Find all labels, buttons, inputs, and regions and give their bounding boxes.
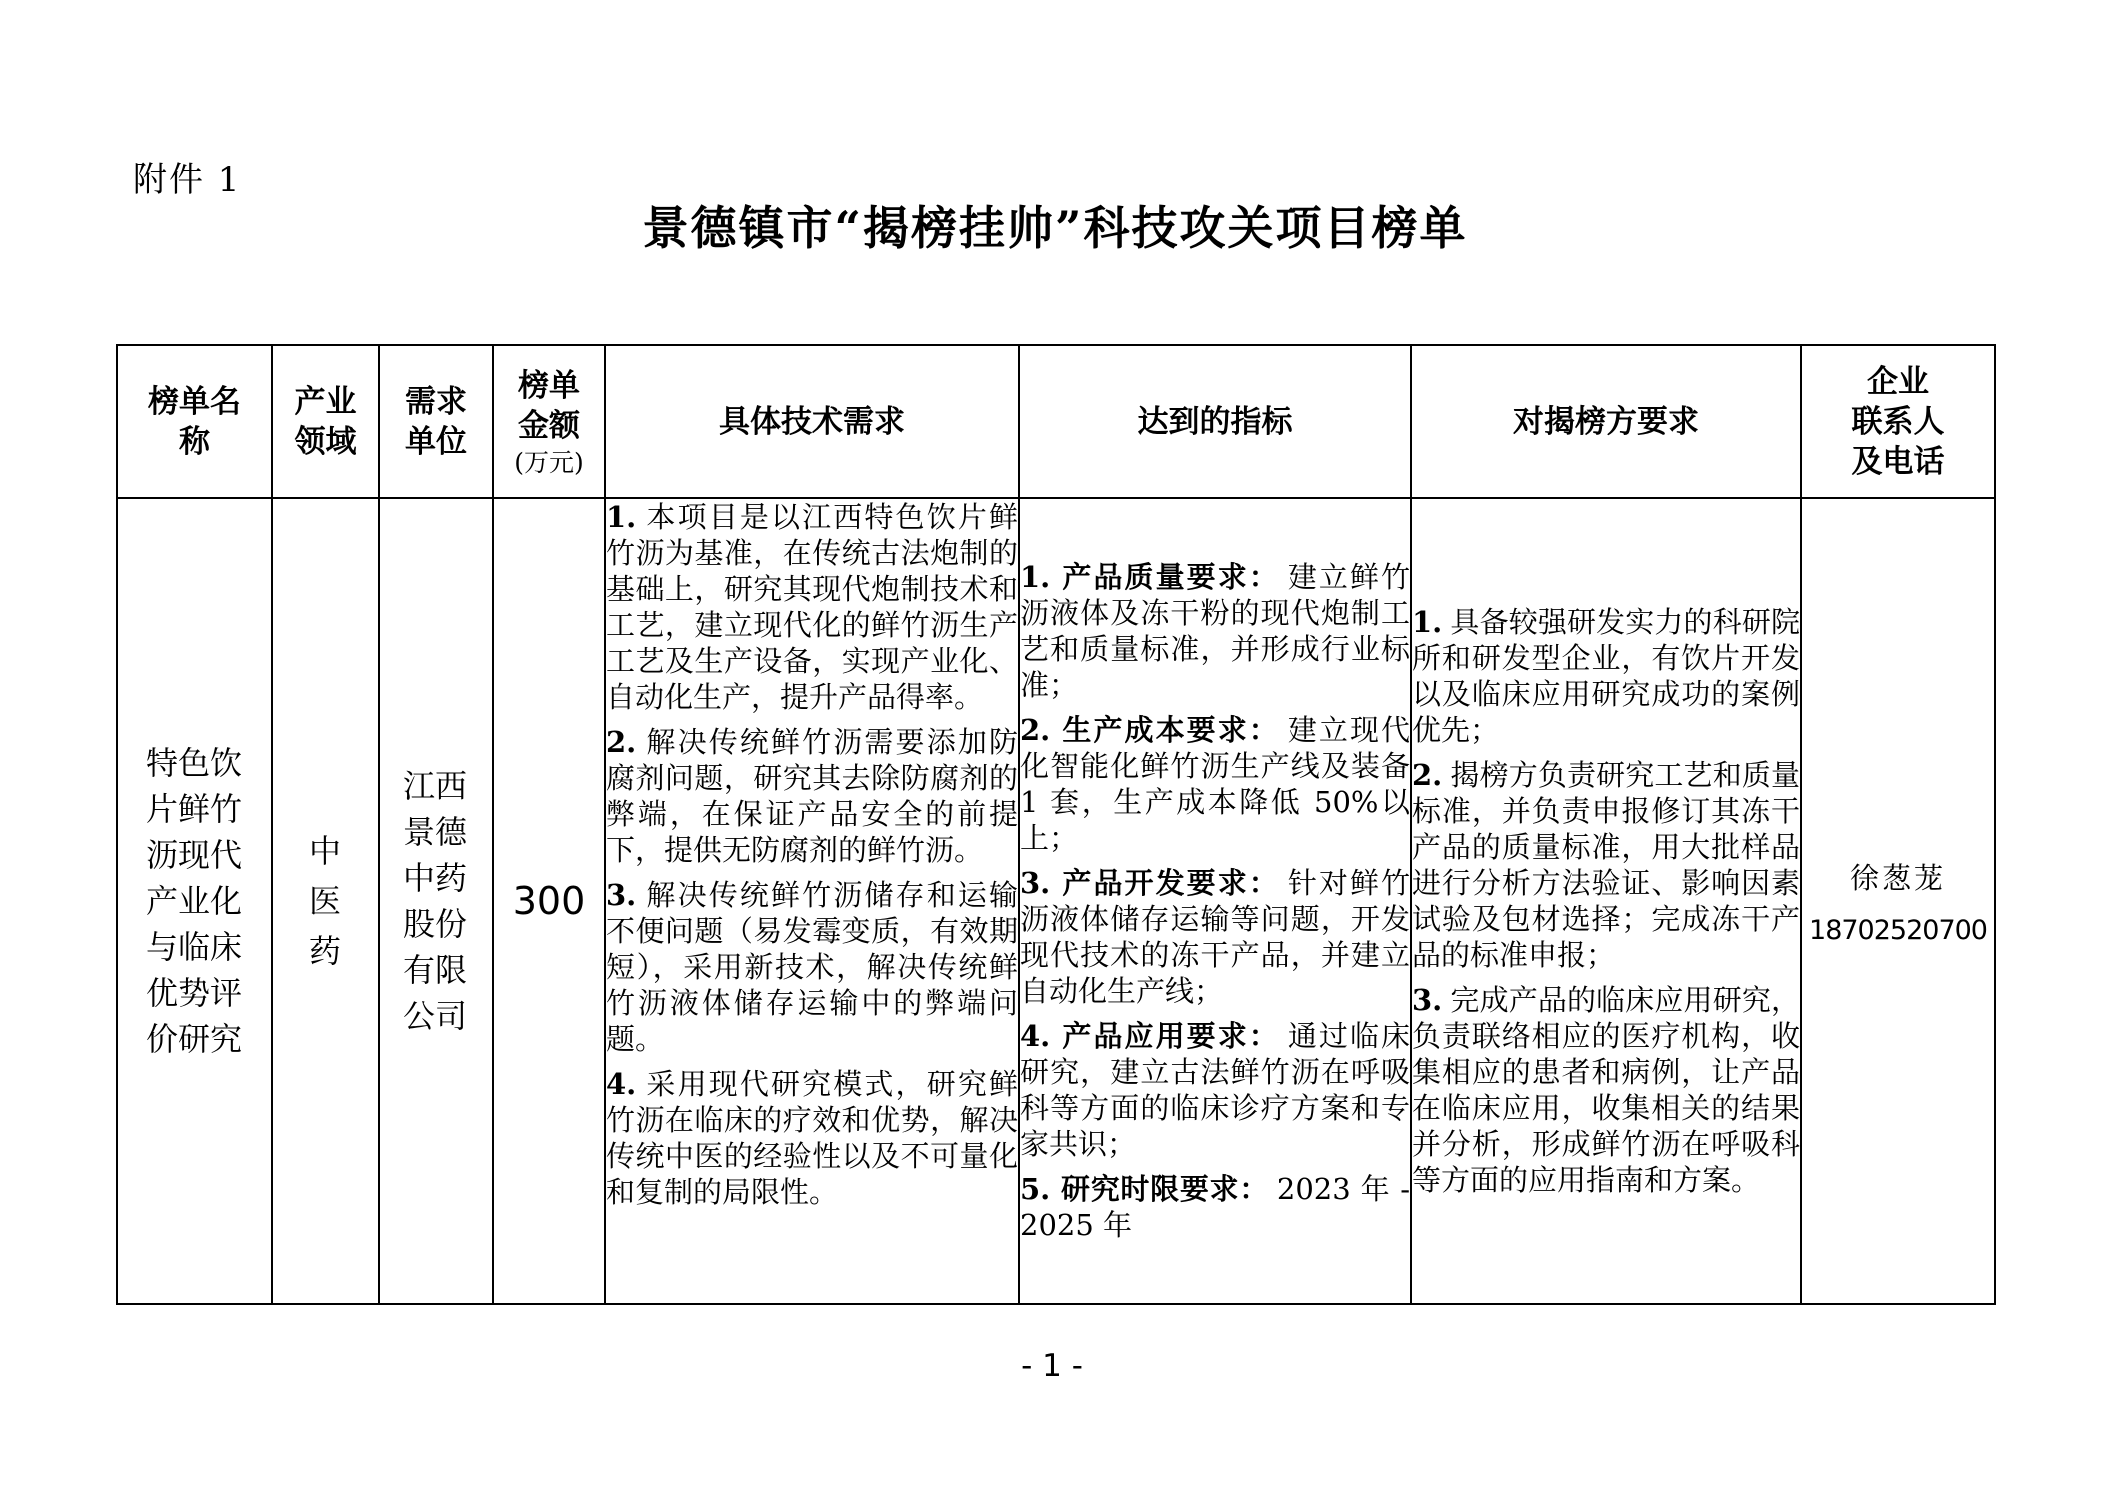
header-list-name-label: 榜单名 称	[148, 384, 241, 460]
project-table: 榜单名 称 产业 领域 需求 单位 榜单 金额 (万元) 具体技术需求 达到的指…	[116, 344, 1996, 1305]
header-contact: 企业 联系人 及电话	[1801, 345, 1995, 498]
header-indicators: 达到的指标	[1019, 345, 1411, 498]
tech-item-2-text: 解决传统鲜竹沥需要添加防腐剂问题，研究其去除防腐剂的弊端，在保证产品安全的前提下…	[606, 725, 1018, 867]
header-amount: 榜单 金额 (万元)	[493, 345, 605, 498]
bidder-item-2-number: 2.	[1412, 758, 1442, 792]
tech-item-4-number: 4.	[606, 1067, 636, 1101]
demand-unit: 江西景德中药股份有限公司	[403, 763, 469, 1039]
indicator-item-3: 3. 产品开发要求：针对鲜竹沥液体储存运输等问题，开发现代技术的冻干产品，并建立…	[1020, 865, 1410, 1009]
header-demand-unit: 需求 单位	[379, 345, 493, 498]
header-bidder-requirements: 对揭榜方要求	[1411, 345, 1801, 498]
page-title: 景德镇市“揭榜挂帅”科技攻关项目榜单	[116, 192, 1994, 258]
tech-item-1: 1.本项目是以江西特色饮片鲜竹沥为基准，在传统古法炮制的基础上，研究其现代炮制技…	[606, 499, 1018, 715]
tech-item-1-number: 1.	[606, 500, 636, 534]
indicator-item-3-lead: 3. 产品开发要求：	[1020, 866, 1280, 900]
header-tech-requirements: 具体技术需求	[605, 345, 1019, 498]
cell-demand-unit: 江西景德中药股份有限公司	[379, 498, 493, 1304]
header-amount-unit: (万元)	[494, 448, 604, 478]
header-demand-unit-label: 需求 单位	[405, 384, 467, 460]
page-number: - 1 -	[0, 1348, 2104, 1384]
bidder-item-3-text: 完成产品的临床应用研究，负责联络相应的医疗机构，收集相应的患者和病例，让产品在临…	[1412, 983, 1800, 1197]
table-row: 特色饮片鲜竹沥现代产业化与临床优势评价研究 中医药 江西景德中药股份有限公司 3…	[117, 498, 1995, 1304]
indicator-item-2: 2. 生产成本要求：建立现代化智能化鲜竹沥生产线及装备 1 套，生产成本降低 5…	[1020, 712, 1410, 856]
indicator-item-4-lead: 4. 产品应用要求：	[1020, 1019, 1280, 1053]
cell-bidder-requirements: 1.具备较强研发实力的科研院所和研发型企业，有饮片开发以及临床应用研究成功的案例…	[1411, 498, 1801, 1304]
bidder-item-2-text: 揭榜方负责研究工艺和质量标准，并负责申报修订其冻干产品的质量标准，用大批样品进行…	[1412, 758, 1800, 972]
indicator-item-1-lead: 1. 产品质量要求：	[1020, 560, 1280, 594]
header-industry: 产业 领域	[272, 345, 379, 498]
header-amount-label: 榜单 金额	[518, 368, 580, 444]
indicator-item-1: 1. 产品质量要求：建立鲜竹沥液体及冻干粉的现代炮制工艺和质量标准，并形成行业标…	[1020, 559, 1410, 703]
indicator-item-2-lead: 2. 生产成本要求：	[1020, 713, 1280, 747]
header-indicators-label: 达到的指标	[1138, 404, 1293, 440]
header-bidder-requirements-label: 对揭榜方要求	[1513, 404, 1699, 440]
tech-item-1-text: 本项目是以江西特色饮片鲜竹沥为基准，在传统古法炮制的基础上，研究其现代炮制技术和…	[606, 500, 1018, 714]
bidder-item-1-number: 1.	[1412, 605, 1442, 639]
document-page: 附件 1 景德镇市“揭榜挂帅”科技攻关项目榜单 榜单名 称 产业 领域 需求 单…	[0, 0, 2104, 1488]
bidder-item-3-number: 3.	[1412, 983, 1442, 1017]
bidder-item-1: 1.具备较强研发实力的科研院所和研发型企业，有饮片开发以及临床应用研究成功的案例…	[1412, 604, 1800, 748]
header-contact-label: 企业 联系人 及电话	[1852, 364, 1945, 480]
cell-list-name: 特色饮片鲜竹沥现代产业化与临床优势评价研究	[117, 498, 272, 1304]
tech-item-3-number: 3.	[606, 878, 636, 912]
tech-item-4: 4.采用现代研究模式，研究鲜竹沥在临床的疗效和优势，解决传统中医的经验性以及不可…	[606, 1066, 1018, 1210]
cell-tech-requirements: 1.本项目是以江西特色饮片鲜竹沥为基准，在传统古法炮制的基础上，研究其现代炮制技…	[605, 498, 1019, 1304]
indicator-item-5: 5. 研究时限要求：2023 年 - 2025 年	[1020, 1171, 1410, 1243]
bidder-item-3: 3.完成产品的临床应用研究，负责联络相应的医疗机构，收集相应的患者和病例，让产品…	[1412, 982, 1800, 1198]
bidder-item-2: 2.揭榜方负责研究工艺和质量标准，并负责申报修订其冻干产品的质量标准，用大批样品…	[1412, 757, 1800, 973]
project-name: 特色饮片鲜竹沥现代产业化与临床优势评价研究	[146, 740, 243, 1062]
industry-field: 中医药	[309, 826, 342, 976]
header-tech-requirements-label: 具体技术需求	[719, 404, 905, 440]
tech-item-2: 2.解决传统鲜竹沥需要添加防腐剂问题，研究其去除防腐剂的弊端，在保证产品安全的前…	[606, 724, 1018, 868]
contact-name: 徐葱茏	[1802, 856, 1994, 897]
indicator-item-4: 4. 产品应用要求：通过临床研究，建立古法鲜竹沥在呼吸科等方面的临床诊疗方案和专…	[1020, 1018, 1410, 1162]
amount-value: 300	[513, 879, 586, 923]
table-header-row: 榜单名 称 产业 领域 需求 单位 榜单 金额 (万元) 具体技术需求 达到的指…	[117, 345, 1995, 498]
tech-item-4-text: 采用现代研究模式，研究鲜竹沥在临床的疗效和优势，解决传统中医的经验性以及不可量化…	[606, 1067, 1018, 1209]
cell-contact: 徐葱茏 18702520700	[1801, 498, 1995, 1304]
cell-industry: 中医药	[272, 498, 379, 1304]
tech-item-3: 3.解决传统鲜竹沥储存和运输不便问题（易发霉变质，有效期短），采用新技术，解决传…	[606, 877, 1018, 1057]
header-list-name: 榜单名 称	[117, 345, 272, 498]
indicator-item-5-lead: 5. 研究时限要求：	[1020, 1172, 1269, 1206]
tech-item-3-text: 解决传统鲜竹沥储存和运输不便问题（易发霉变质，有效期短），采用新技术，解决传统鲜…	[606, 878, 1018, 1056]
cell-amount: 300	[493, 498, 605, 1304]
header-industry-label: 产业 领域	[295, 384, 357, 460]
tech-item-2-number: 2.	[606, 725, 636, 759]
cell-indicators: 1. 产品质量要求：建立鲜竹沥液体及冻干粉的现代炮制工艺和质量标准，并形成行业标…	[1019, 498, 1411, 1304]
bidder-item-1-text: 具备较强研发实力的科研院所和研发型企业，有饮片开发以及临床应用研究成功的案例优先…	[1412, 605, 1800, 747]
contact-phone: 18702520700	[1802, 915, 1994, 946]
